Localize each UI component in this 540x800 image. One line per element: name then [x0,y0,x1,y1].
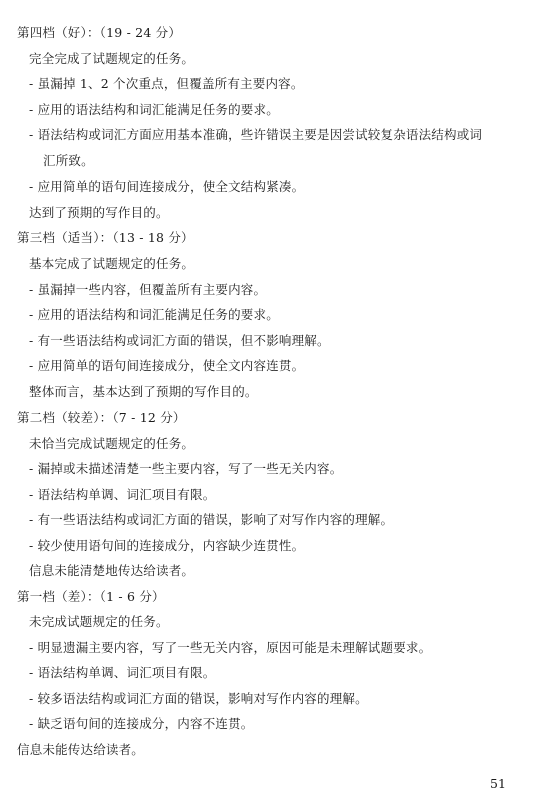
section-summary: 未完成试题规定的任务。 [29,614,169,630]
criteria-item: - 应用简单的语句间连接成分，使全文结构紧凑。 [29,179,304,195]
section-summary: 基本完成了试题规定的任务。 [29,256,194,272]
criteria-item: - 有一些语法结构或词汇方面的错误，影响了对写作内容的理解。 [29,512,393,528]
section-heading: 第二档（较差）：（7 - 12 分） [17,410,186,426]
section-conclusion: 信息未能清楚地传达给读者。 [29,563,194,579]
section-conclusion: 整体而言，基本达到了预期的写作目的。 [29,384,258,400]
criteria-item: - 语法结构或词汇方面应用基本准确，些许错误主要是因尝试较复杂语法结构或词 [29,127,482,143]
criteria-item: - 明显遗漏主要内容，写了一些无关内容，原因可能是未理解试题要求。 [29,640,431,656]
section-summary: 完全完成了试题规定的任务。 [29,51,194,67]
criteria-item: - 应用的语法结构和词汇能满足任务的要求。 [29,102,279,118]
criteria-item: - 较多语法结构或词汇方面的错误，影响对写作内容的理解。 [29,691,368,707]
document-page: 第四档（好）：（19 - 24 分） 完全完成了试题规定的任务。 - 虽漏掉 1… [0,0,540,800]
criteria-item: - 较少使用语句间的连接成分，内容缺少连贯性。 [29,538,304,554]
section-summary: 未恰当完成试题规定的任务。 [29,436,194,452]
section-heading: 第一档（差）：（1 - 6 分） [17,589,165,605]
criteria-item: - 应用的语法结构和词汇能满足任务的要求。 [29,307,279,323]
criteria-item: - 缺乏语句间的连接成分，内容不连贯。 [29,716,254,732]
criteria-item: - 有一些语法结构或词汇方面的错误，但不影响理解。 [29,333,330,349]
section-heading: 第三档（适当）：（13 - 18 分） [17,230,194,246]
criteria-item: - 虽漏掉一些内容，但覆盖所有主要内容。 [29,282,266,298]
section-conclusion: 达到了预期的写作目的。 [29,205,169,221]
criteria-item-continuation: 汇所致。 [43,153,94,169]
criteria-item: - 语法结构单调、词汇项目有限。 [29,665,215,681]
page-number: 51 [490,776,506,792]
criteria-item: - 漏掉或未描述清楚一些主要内容，写了一些无关内容。 [29,461,342,477]
section-conclusion: 信息未能传达给读者。 [17,742,144,758]
criteria-item: - 语法结构单调、词汇项目有限。 [29,487,215,503]
criteria-item: - 虽漏掉 1、2 个次重点，但覆盖所有主要内容。 [29,76,304,92]
section-heading: 第四档（好）：（19 - 24 分） [17,25,181,41]
criteria-item: - 应用简单的语句间连接成分，使全文内容连贯。 [29,358,304,374]
